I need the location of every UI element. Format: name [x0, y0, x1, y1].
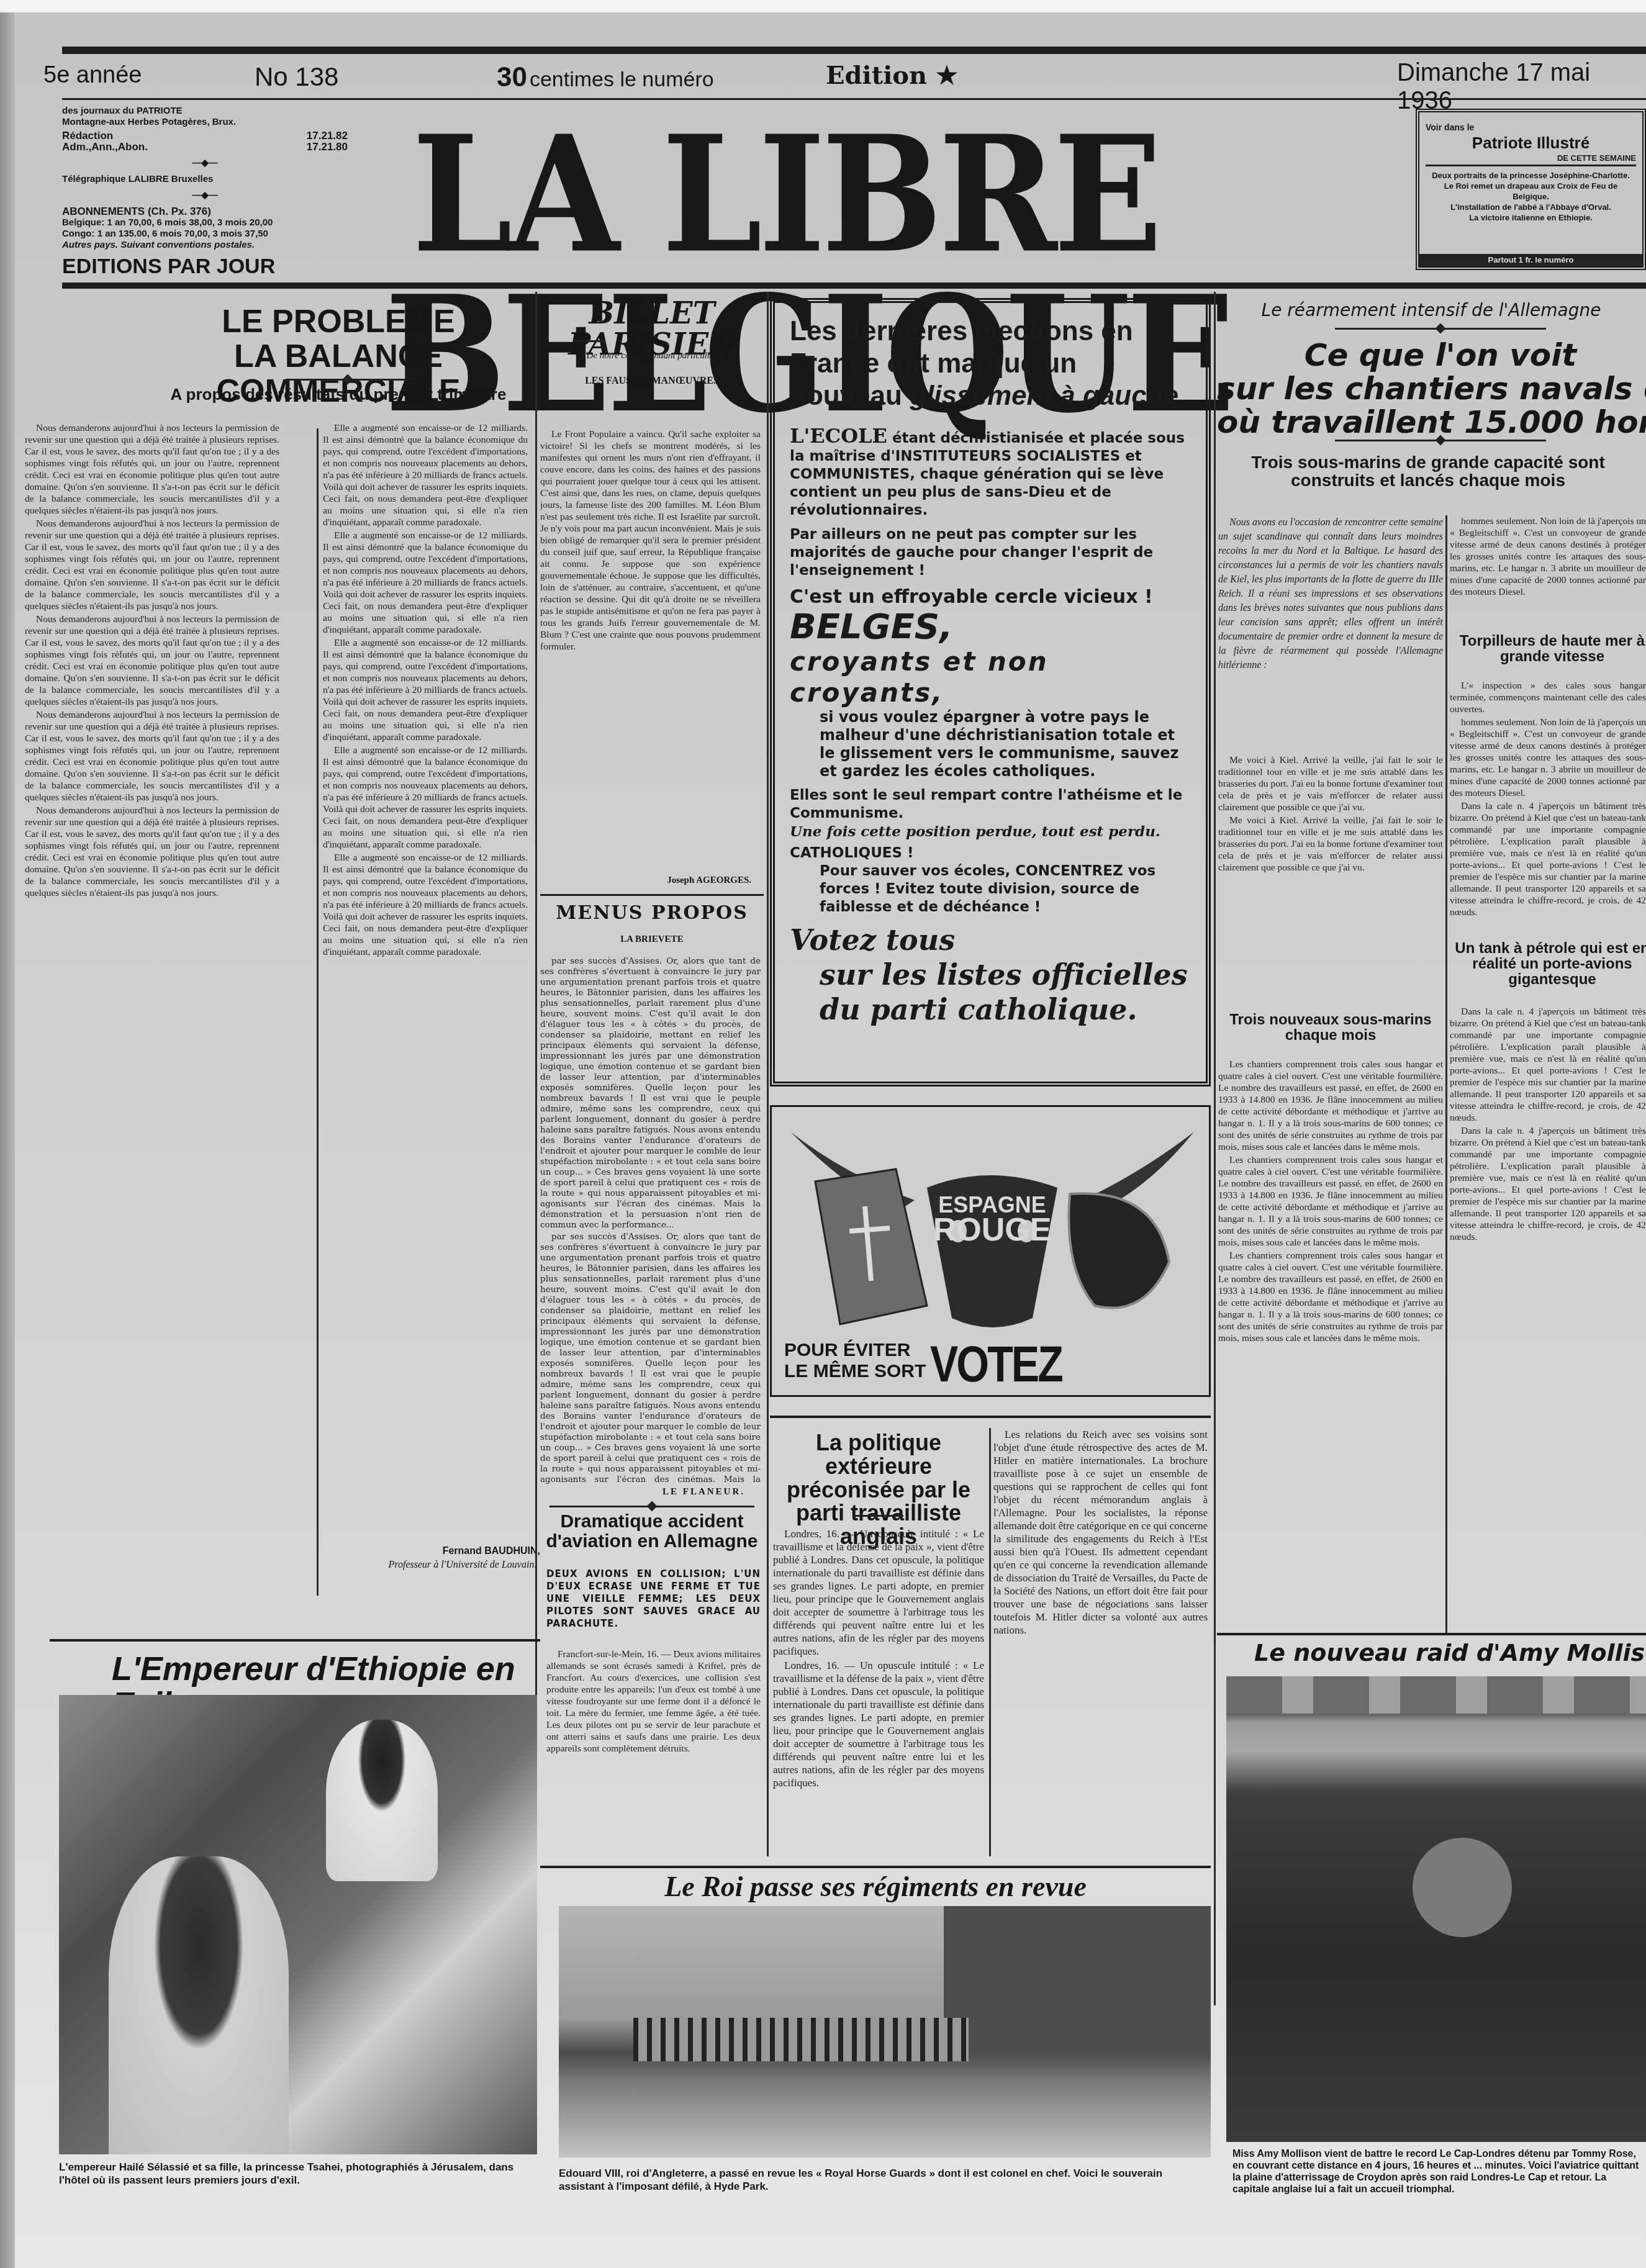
column-rule — [317, 428, 319, 1596]
election-paragraph-1: L'ECOLE étant déchristianisée et placée … — [790, 427, 1191, 520]
aviation-title: Dramatique accident d'aviation en Allema… — [540, 1512, 764, 1551]
roi-caption: Edouard VIII, roi d'Angleterre, a passé … — [559, 2167, 1211, 2193]
column-rule — [1214, 292, 1216, 2005]
editions-par-jour: EDITIONS PAR JOUR — [62, 255, 275, 279]
princess-figure — [326, 1720, 438, 1881]
roi-title: Le Roi passe ses régiments en revue — [540, 1872, 1211, 1902]
balance-col2: Elle a augmenté son encaisse-or de 12 mi… — [323, 422, 528, 1596]
price-text: centimes le numéro — [530, 68, 714, 91]
subscriptions-title: ABONNEMENTS (Ch. Px. 376) — [62, 206, 348, 217]
tel-admin-row: Adm.,Ann.,Abon.17.21.80 — [62, 142, 348, 153]
menus-propos-title: MENUS PROPOS — [540, 903, 764, 923]
patriote-title: Patriote Illustré — [1426, 133, 1636, 152]
ornament-divider — [549, 1506, 754, 1507]
issue-number: No 138 — [255, 62, 338, 92]
election-paragraph-8: Pour sauver vos écoles, CONCENTREZ vos f… — [790, 862, 1191, 916]
kiel-sub2: Torpilleurs de haute mer à grande vitess… — [1450, 633, 1646, 664]
election-paragraph-6: Une fois cette position perdue, tout est… — [790, 823, 1191, 841]
aviation-subhead: DEUX AVIONS EN COLLISION; L'UN D'EUX ECR… — [546, 1568, 761, 1630]
election-paragraph-7: CATHOLIQUES ! — [790, 844, 1191, 862]
election-headline: Les dernières élections en France ont ma… — [790, 315, 1191, 412]
short-rule — [574, 340, 605, 342]
balance-author: Fernand BAUDHUIN, — [397, 1546, 540, 1557]
trees — [944, 1906, 1211, 2055]
masthead-mid-rule — [62, 98, 1646, 100]
patriote-illustre-box: Voir dans le Patriote Illustré DE CETTE … — [1416, 109, 1646, 270]
ornament-divider — [286, 379, 410, 381]
billet-section: LES FAUSSES MANŒUVRES — [571, 376, 733, 387]
section-rule — [50, 1639, 540, 1642]
election-belges: BELGES, — [790, 608, 1191, 646]
kiel-sub3: Un tank à pétrole qui est en réalité un … — [1450, 941, 1646, 988]
crown-icon — [1069, 1193, 1169, 1308]
ethiopia-photo — [59, 1695, 537, 2154]
kiel-col1: Me voici à Kiel. Arrivé la veille, j'ai … — [1218, 754, 1443, 984]
kiel-col2b: L'« inspection » des cales sous hangar t… — [1450, 680, 1646, 928]
balance-author-title: Professeur à l'Université de Louvain. — [385, 1560, 540, 1571]
tel-admin: 17.21.80 — [307, 142, 348, 153]
bull-head-illustration: ESPAGNE ROUGE — [772, 1107, 1209, 1331]
election-paragraph-5: Elles sont le seul rempart contre l'athé… — [790, 787, 1191, 823]
newspaper-page: 5e année No 138 30 centimes le numéro Ed… — [0, 0, 1646, 2268]
politique-col2: Les relations du Reich avec ses voisins … — [993, 1428, 1208, 1856]
kiel-col1b: Les chantiers comprennent trois cales so… — [1218, 1059, 1443, 1630]
horse-guards-line — [633, 2018, 969, 2061]
mitre-icon — [815, 1169, 927, 1324]
kiel-headline: Ce que l'on voit sur les chantiers naval… — [1217, 338, 1646, 439]
patriote-price: Partout 1 fr. le numéro — [1419, 254, 1642, 266]
emperor-figure — [109, 1856, 289, 2154]
telegraph-address: Télégraphique LALIBRE Bruxelles — [62, 174, 348, 185]
year-label: 5e année — [43, 62, 142, 89]
column-rule — [767, 292, 769, 1856]
kiel-intro: Nous avons eu l'occasion de rencontrer c… — [1218, 515, 1443, 751]
column-rule — [535, 292, 537, 1844]
tel-redaction: 17.21.82 — [307, 130, 348, 142]
section-rule — [1217, 1633, 1646, 1635]
election-vote-line2: sur les listes officielles — [790, 957, 1191, 992]
scan-left-edge — [0, 12, 15, 2268]
election-paragraph-3: C'est un effroyable cercle vicieux ! — [790, 586, 1191, 608]
ornament-divider — [1335, 328, 1546, 330]
publisher-line2: Montagne-aux Herbes Potagères, Brux. — [62, 117, 348, 128]
poster-slogan: VOTEZ CATHOLIQUE — [930, 1335, 1209, 1397]
menus-propos-section: LA BRIEVETE — [540, 934, 764, 945]
election-croyants: croyants et non croyants, — [790, 646, 1191, 708]
issue-date: Dimanche 17 mai 1936 — [1397, 59, 1646, 115]
masthead-top-rule — [62, 47, 1646, 54]
election-paragraph-4: si vous voulez épargner à votre pays le … — [790, 708, 1191, 780]
poster-left-text: POUR ÉVITER LE MÊME SORT — [784, 1340, 926, 1382]
section-rule — [770, 1416, 1211, 1418]
aviator-figure — [1413, 1838, 1512, 1937]
roi-photo — [559, 1906, 1211, 2157]
aviation-body: Francfort-sur-le-Mein, 16. — Deux avions… — [546, 1648, 761, 1847]
billet-byline: (De notre correspondant particulier) — [540, 351, 764, 361]
price-value: 30 — [497, 62, 527, 93]
sub-congo: Congo: 1 an 135.00, 6 mois 70,00, 3 mois… — [62, 228, 348, 240]
menus-propos-author: LE FLANEUR. — [540, 1487, 745, 1498]
kiel-col2: hommes seulement. Non loin de là j'aperç… — [1450, 515, 1646, 621]
mollison-caption: Miss Amy Mollison vient de battre le rec… — [1232, 2148, 1646, 2195]
kiel-sub1: Trois nouveaux sous-marins chaque mois — [1218, 1012, 1443, 1043]
mollison-photo — [1226, 1676, 1646, 2142]
election-vote-line1: Votez tous — [790, 923, 1191, 957]
ethiopia-caption: L'empereur Hailé Sélassié et sa fille, l… — [59, 2161, 537, 2187]
politique-col1: Londres, 16. — Un opuscule intitulé : « … — [773, 1527, 984, 1856]
balance-subtitle: A propos des résultats du premier trimes… — [143, 386, 534, 403]
column-rule — [989, 1428, 991, 1856]
menus-propos-body: par ses succès d'Assises. Or, alors que … — [540, 956, 761, 1484]
short-rule — [854, 1515, 903, 1517]
airfield-buildings — [1226, 1676, 1646, 1714]
svg-text:ROUGE: ROUGE — [933, 1212, 1052, 1248]
election-advert-box: Les dernières élections en France ont ma… — [770, 298, 1211, 1087]
kiel-subtitle: Trois sous-marins de grande capacité son… — [1236, 453, 1621, 490]
mollison-title: Le nouveau raid d'Amy Mollison — [1217, 1641, 1646, 1666]
kiel-col2c: Dans la cale n. 4 j'aperçois un bâtiment… — [1450, 1006, 1646, 1627]
scan-top-margin — [0, 0, 1646, 12]
section-rule — [540, 1866, 1211, 1868]
price-block: 30 centimes le numéro — [497, 62, 714, 93]
billet-author: Joseph AGEORGES. — [540, 875, 751, 886]
edition-label: Edition ★ — [826, 61, 958, 90]
ornament-divider — [1335, 440, 1546, 441]
election-vote-line3: du parti catholique. — [790, 992, 1191, 1027]
balance-col1: Nous demanderons aujourd'hui à nos lecte… — [25, 422, 279, 1596]
kiel-kicker: Le réarmement intensif de l'Allemagne — [1217, 301, 1645, 319]
sub-autres: Autres pays. Suivant conventions postale… — [62, 240, 348, 251]
election-paragraph-2: Par ailleurs on ne peut pas compter sur … — [790, 526, 1191, 580]
publisher-line1: des journaux du PATRIOTE — [62, 106, 348, 117]
ornament-divider: —◆— — [62, 190, 348, 201]
sub-belgique: Belgique: 1 an 70,00, 6 mois 38,00, 3 mo… — [62, 217, 348, 228]
section-rule — [540, 894, 764, 896]
espagne-rouge-poster: ESPAGNE ROUGE POUR ÉVITER LE MÊME SORT V… — [770, 1105, 1211, 1397]
masthead-bottom-rule — [62, 282, 1646, 289]
publisher-info: des journaux du PATRIOTE Montagne-aux He… — [62, 106, 348, 251]
ornament-divider: —◆— — [62, 158, 348, 169]
tel-redaction-row: Rédaction17.21.82 — [62, 130, 348, 142]
column-rule — [1445, 515, 1447, 1633]
billet-body: Le Front Populaire a vaincu. Qu'il sache… — [540, 428, 761, 869]
